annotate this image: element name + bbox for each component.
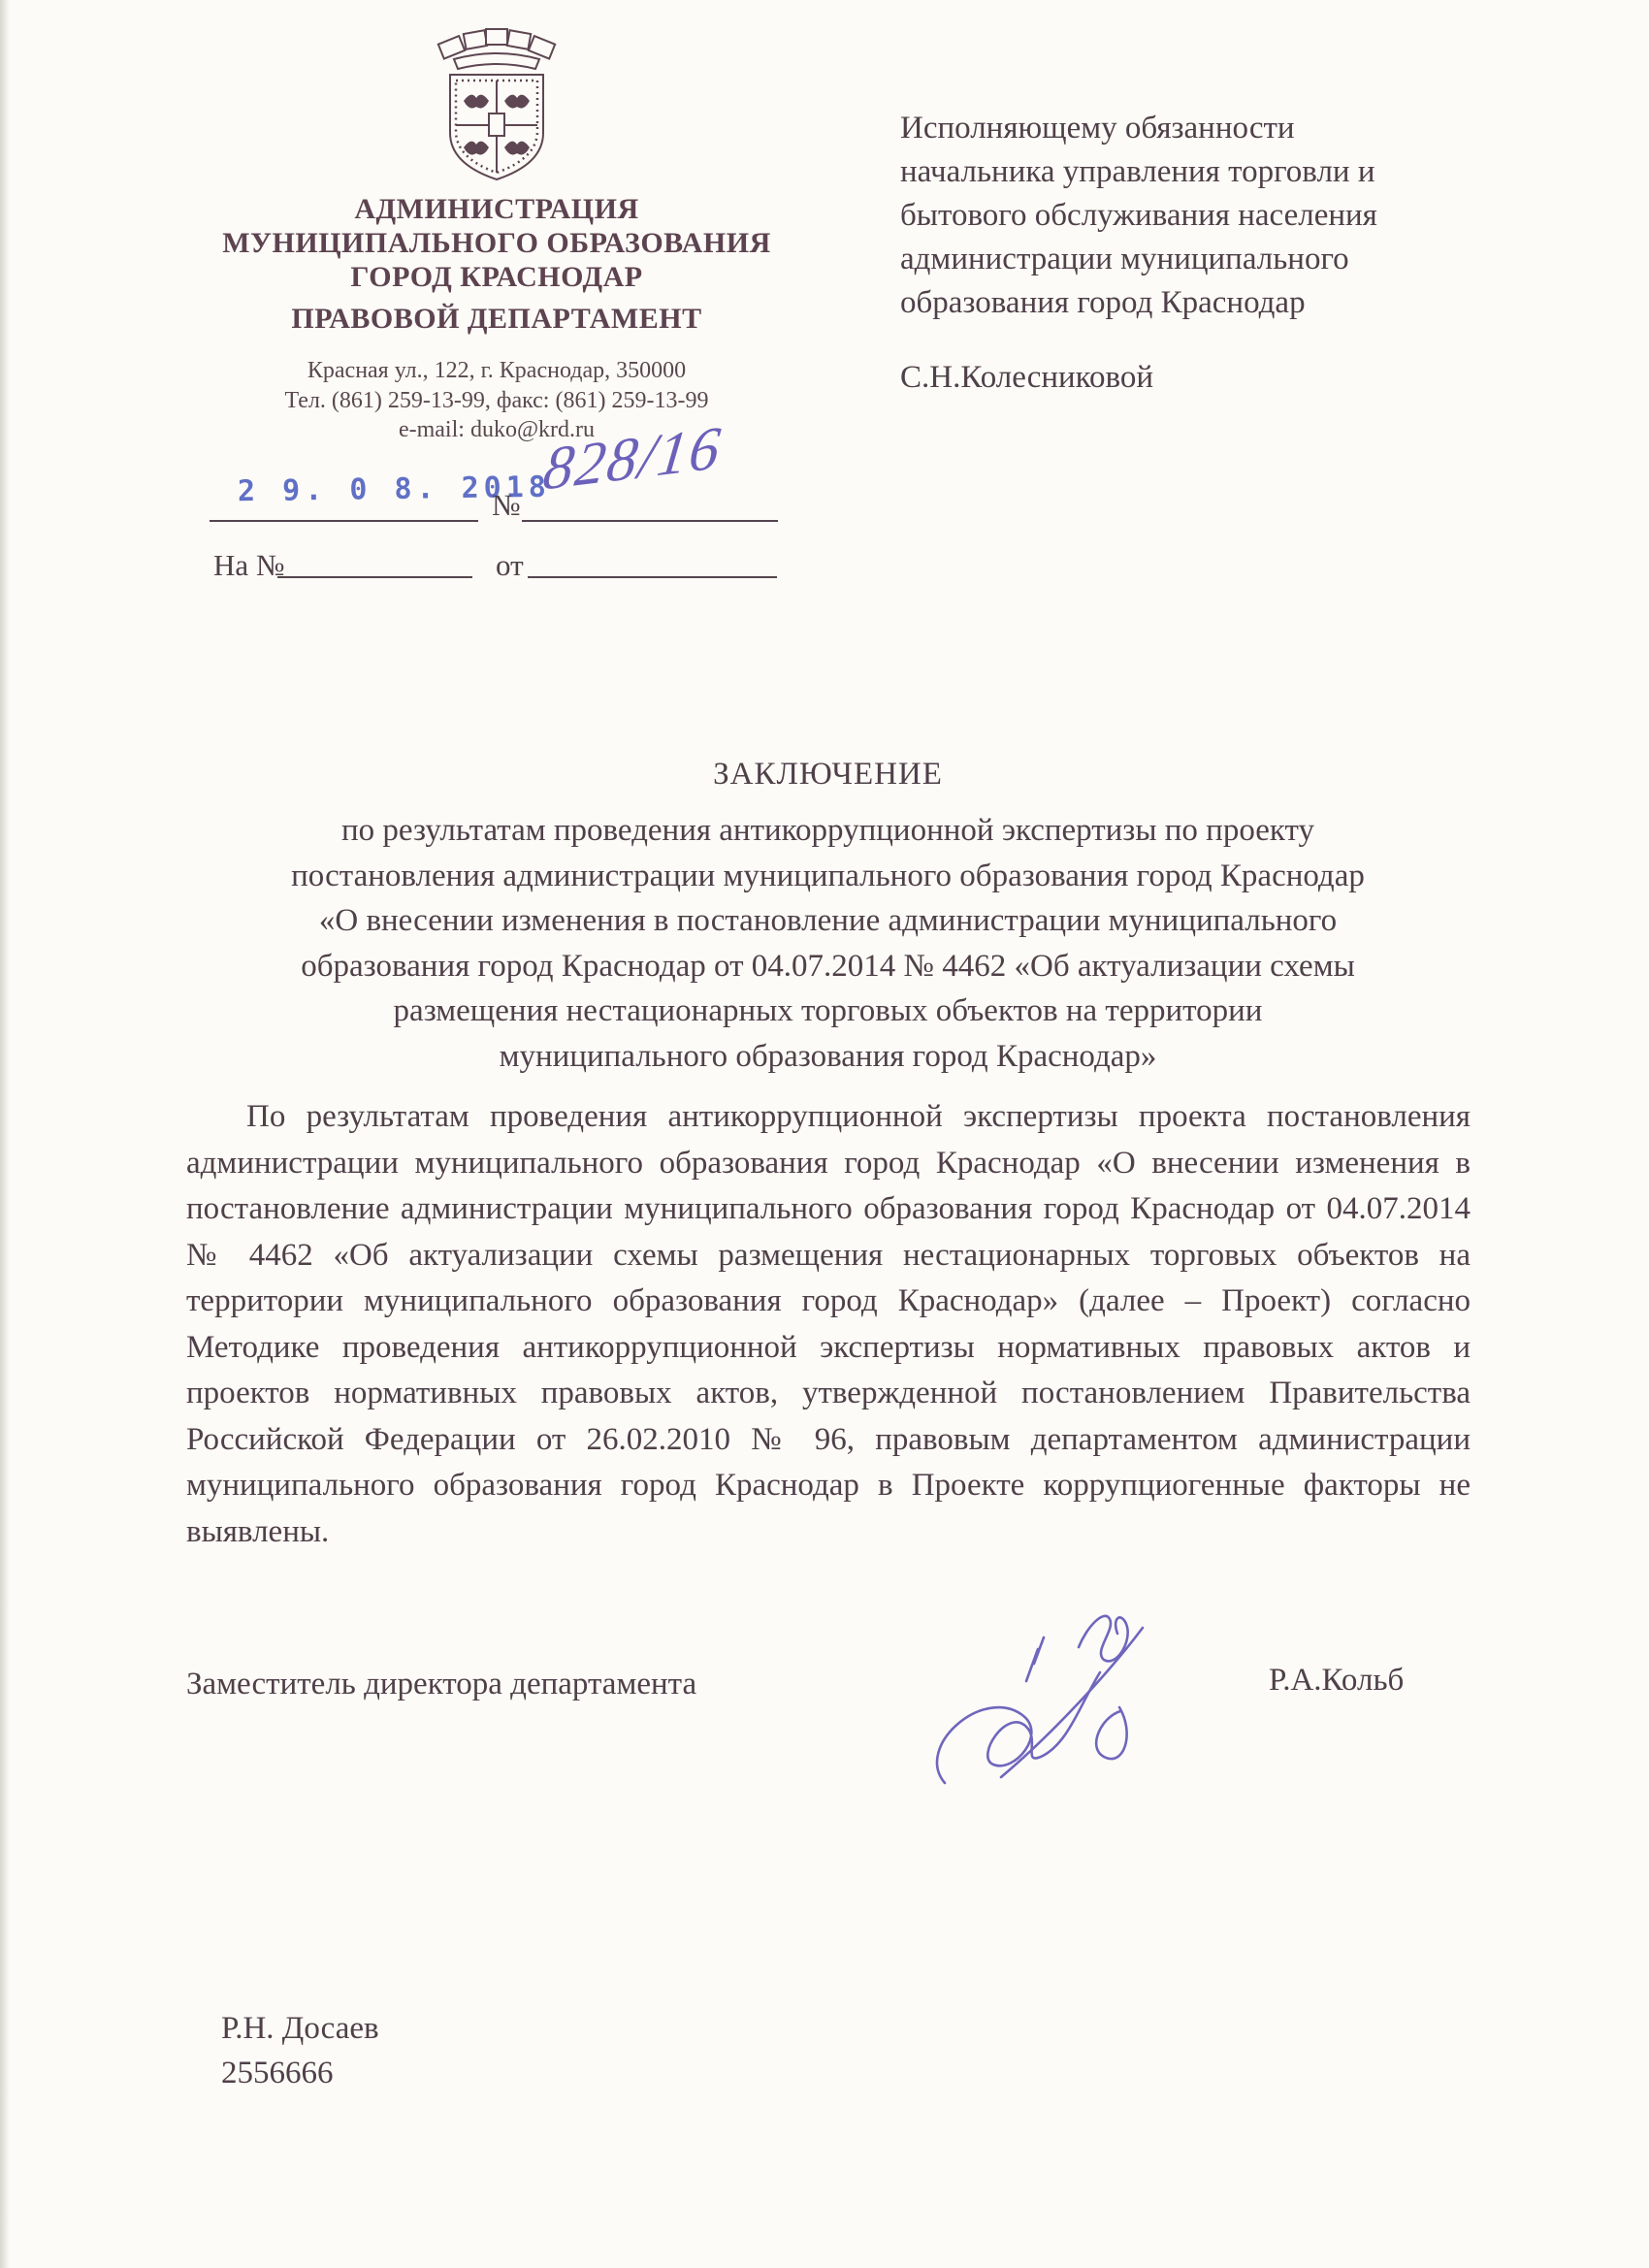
reply-date-label: от <box>496 548 524 583</box>
org-name-line2: МУНИЦИПАЛЬНОГО ОБРАЗОВАНИЯ <box>136 226 857 260</box>
subtitle-line: по результатам проведения антикоррупцион… <box>186 808 1470 854</box>
recipient-line: образования город Краснодар <box>900 281 1482 325</box>
recipient-name: С.Н.Колесниковой <box>900 356 1482 400</box>
document-page: АДМИНИСТРАЦИЯ МУНИЦИПАЛЬНОГО ОБРАЗОВАНИЯ… <box>0 0 1649 2268</box>
subtitle-line: размещения нестационарных торговых объек… <box>186 988 1470 1034</box>
signer-position: Заместитель директора департамента <box>186 1667 696 1702</box>
document-subtitle: по результатам проведения антикоррупцион… <box>186 808 1470 1079</box>
department-name: ПРАВОВОЙ ДЕПАРТАМЕНТ <box>136 303 857 336</box>
date-underline <box>210 520 478 522</box>
handwritten-signature <box>931 1591 1203 1819</box>
executor-name: Р.Н. Досаев <box>221 2006 379 2051</box>
subtitle-line: «О внесении изменения в постановление ад… <box>186 898 1470 944</box>
org-name-line1: АДМИНИСТРАЦИЯ <box>136 192 857 226</box>
recipient-line: бытового обслуживания населения <box>900 194 1482 238</box>
number-underline <box>522 520 778 522</box>
org-email: e-mail: duko@krd.ru <box>136 415 857 445</box>
document-title: ЗАКЛЮЧЕНИЕ <box>186 757 1470 793</box>
signer-name: Р.А.Кольб <box>1269 1663 1404 1699</box>
coat-of-arms-icon <box>433 25 561 186</box>
org-address: Красная ул., 122, г. Краснодар, 350000 <box>136 356 857 386</box>
reply-number-underline <box>277 576 472 578</box>
org-phone: Тел. (861) 259-13-99, факс: (861) 259-13… <box>136 386 857 416</box>
subtitle-line: муниципального образования город Краснод… <box>186 1034 1470 1080</box>
recipient-line: администрации муниципального <box>900 238 1482 281</box>
reply-date-underline <box>528 576 777 578</box>
recipient-line: начальника управления торговли и <box>900 150 1482 194</box>
executor-block: Р.Н. Досаев 2556666 <box>221 2006 379 2095</box>
reply-number-label: На № <box>213 548 284 583</box>
recipient-line: Исполняющему обязанности <box>900 107 1482 150</box>
body-paragraph: По результатам проведения антикоррупцион… <box>186 1094 1471 1555</box>
subtitle-line: постановления администрации муниципально… <box>186 854 1470 899</box>
recipient-block: Исполняющему обязанности начальника упра… <box>900 107 1482 400</box>
org-name-line3: ГОРОД КРАСНОДАР <box>136 260 857 294</box>
letterhead: АДМИНИСТРАЦИЯ МУНИЦИПАЛЬНОГО ОБРАЗОВАНИЯ… <box>136 25 857 445</box>
executor-phone: 2556666 <box>221 2051 379 2095</box>
subtitle-line: образования город Краснодар от 04.07.201… <box>186 944 1470 989</box>
number-label: № <box>492 488 521 523</box>
